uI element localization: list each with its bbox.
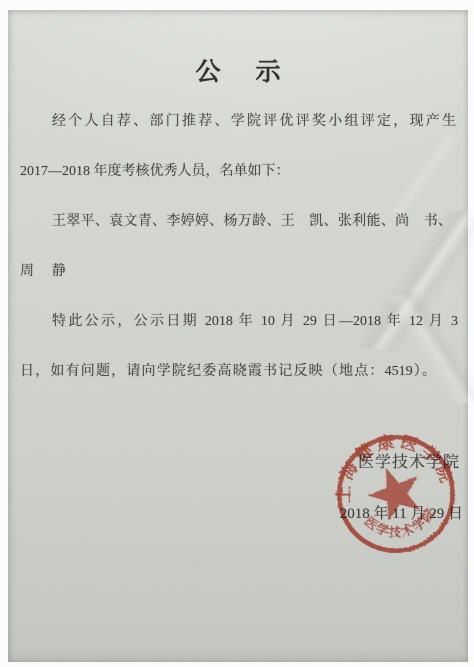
body-line-3-names: 王翠平、袁文青、李婷婷、杨万龄、王 凯、张利能、尚 书、 [52, 210, 452, 234]
screenshot-root: { "document": { "title": "公 示", "body": … [0, 0, 474, 667]
notice-title: 公 示 [8, 58, 468, 88]
body-line-1: 经个人自荐、部门推荐、学院评优评奖小组评定，现产生 [52, 110, 456, 134]
body-line-6: 日，如有问题，请向学院纪委高晓霞书记反映（地点：4519）。 [20, 360, 436, 384]
paper-crease [371, 282, 474, 418]
body-line-2: 2017—2018 年度考核优秀人员，名单如下： [20, 160, 290, 184]
seal-graphics: 上海健康医学院 医学技术学院 [324, 422, 468, 560]
paper-photo: 公 示 经个人自荐、部门推荐、学院评优评奖小组评定，现产生 2017—2018 … [8, 10, 468, 662]
body-line-5: 特此公示，公示日期 2018 年 10 月 29 日—2018 年 12 月 3 [52, 310, 458, 334]
official-seal: 上海健康医学院 医学技术学院 [309, 407, 474, 581]
body-line-4-names: 周 静 [20, 260, 68, 284]
